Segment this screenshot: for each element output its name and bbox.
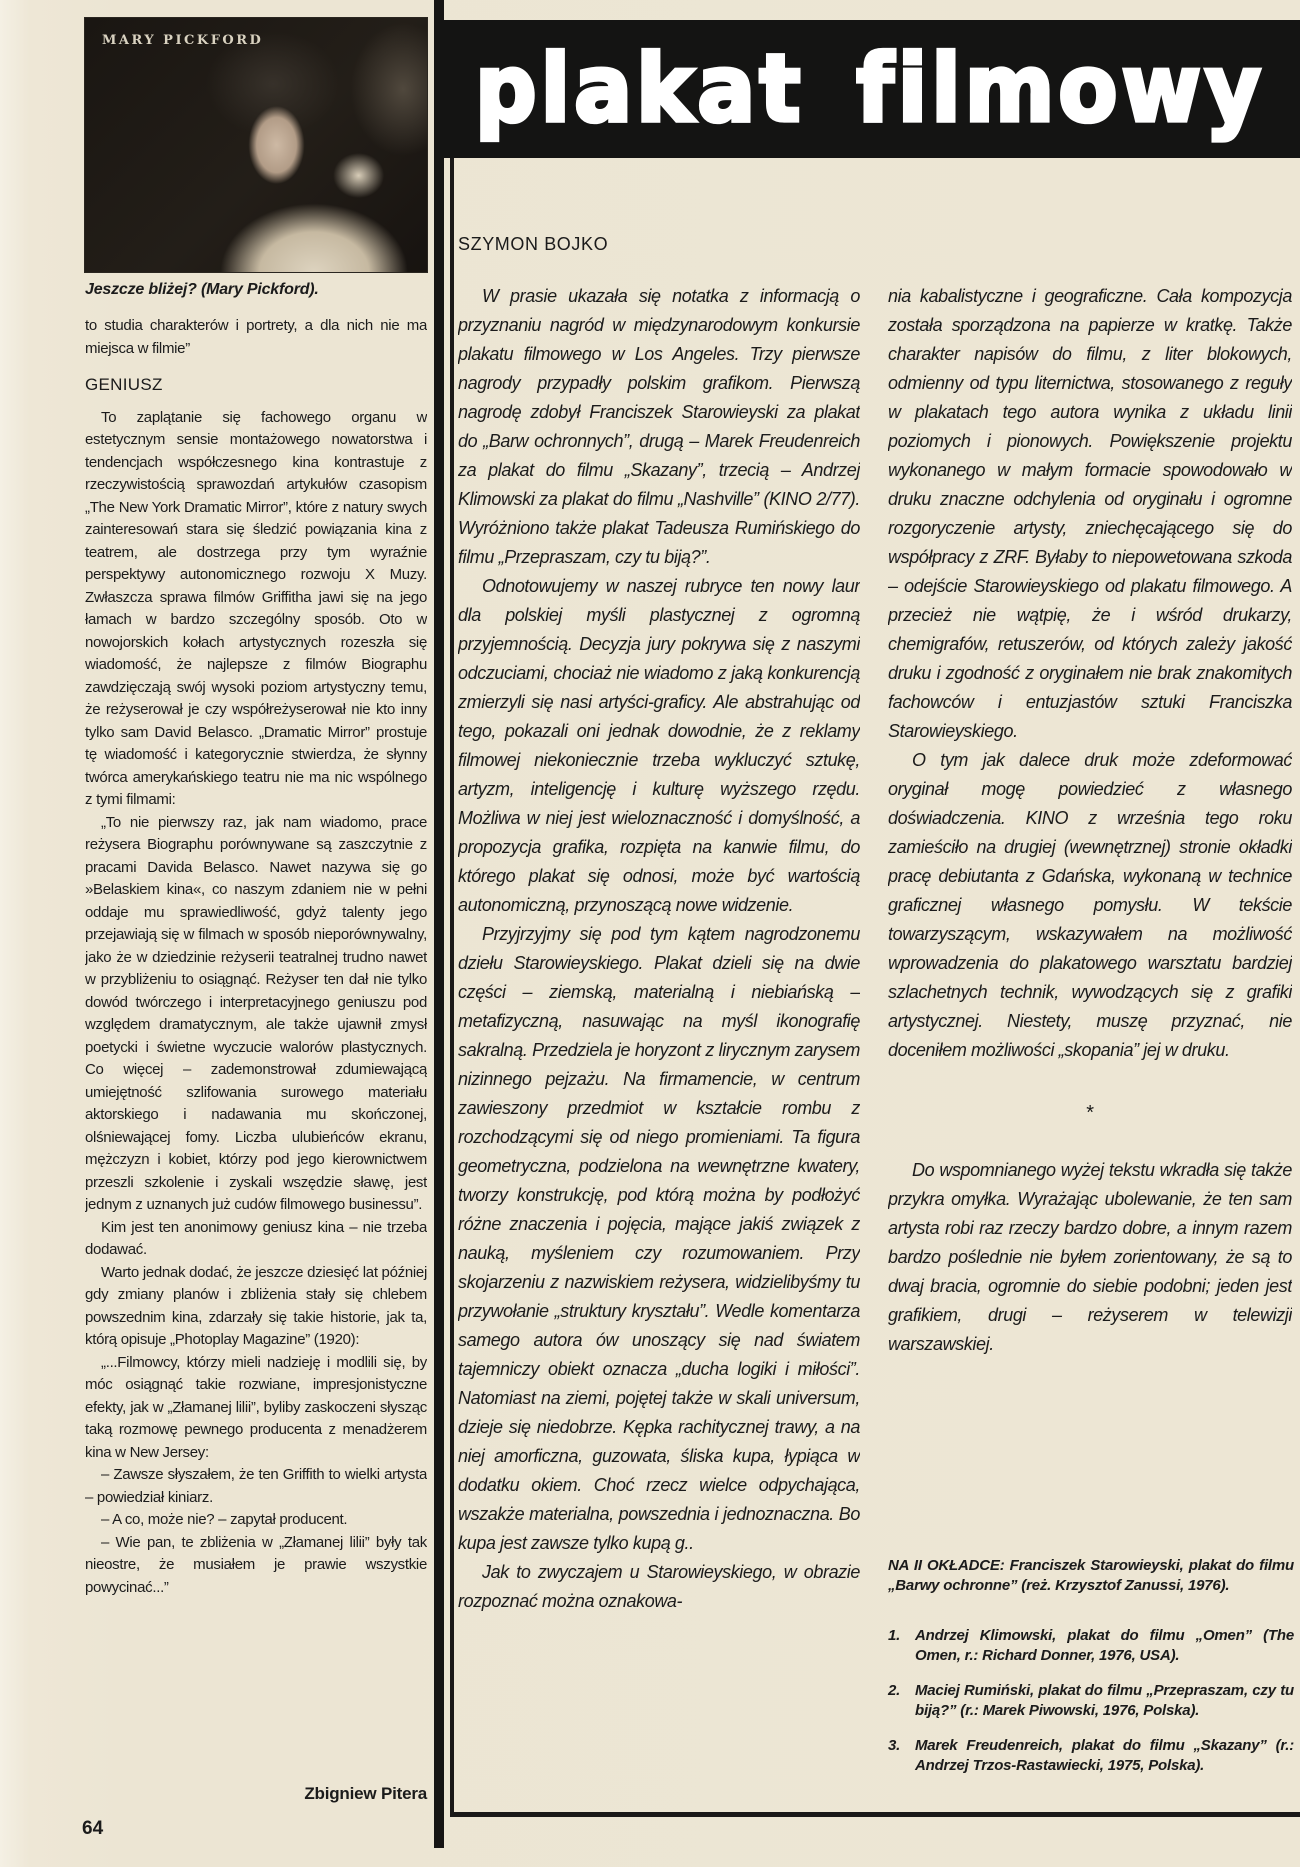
article-paragraph: – Wie pan, te zbliżenia w „Złamanej lili… xyxy=(85,1532,427,1600)
magazine-page: MARY PICKFORD Jeszcze bliżej? (Mary Pick… xyxy=(0,0,1300,1867)
poster-notes: NA II OKŁADCE: Franciszek Starowieyski, … xyxy=(888,1556,1294,1791)
left-article: to studia charakterów i portrety, a dla … xyxy=(85,315,427,1777)
feature-paragraph: nia kabalistyczne i geograficzne. Cała k… xyxy=(888,282,1292,746)
poster-note-item: 1. Andrzej Klimowski, plakat do filmu „O… xyxy=(888,1626,1294,1666)
note-number: 3. xyxy=(888,1736,915,1776)
page-number: 64 xyxy=(82,1818,103,1840)
note-number: 1. xyxy=(888,1626,915,1666)
feature-paragraph: O tym jak dalece druk może zdeformować o… xyxy=(888,746,1292,1065)
feature-column-2: nia kabalistyczne i geograficzne. Cała k… xyxy=(888,282,1292,1547)
feature-banner-title: plakat filmowy xyxy=(475,35,1265,143)
article-paragraph: Kim jest ten anonimowy geniusz kina – ni… xyxy=(85,1217,427,1262)
section-heading: GENIUSZ xyxy=(85,374,427,397)
photo-caption: Jeszcze bliżej? (Mary Pickford). xyxy=(85,281,427,299)
column-divider-rule xyxy=(434,0,444,1848)
article-paragraph: – Zawsze słyszałem, że ten Griffith to w… xyxy=(85,1464,427,1509)
photo-overlay-label: MARY PICKFORD xyxy=(102,33,263,48)
note-text: Marek Freudenreich, plakat do filmu „Ska… xyxy=(915,1736,1294,1776)
feature-paragraph: Odnotowujemy w naszej rubryce ten nowy l… xyxy=(458,572,860,920)
feature-author: SZYMON BOJKO xyxy=(458,234,608,255)
article-paragraph: „...Filmowcy, którzy mieli nadzieję i mo… xyxy=(85,1352,427,1465)
feature-paragraph: W prasie ukazała się notatka z informacj… xyxy=(458,282,860,572)
note-number: 2. xyxy=(888,1681,915,1721)
poster-note-item: 3. Marek Freudenreich, plakat do filmu „… xyxy=(888,1736,1294,1776)
article-byline: Zbigniew Pitera xyxy=(85,1784,427,1804)
feature-column-1: W prasie ukazała się notatka z informacj… xyxy=(458,282,860,1772)
article-paragraph: – A co, może nie? – zapytał producent. xyxy=(85,1509,427,1532)
note-text: Maciej Rumiński, plakat do filmu „Przepr… xyxy=(915,1681,1294,1721)
feature-paragraph: Jak to zwyczajem u Starowieyskiego, w ob… xyxy=(458,1558,860,1616)
photo-mary-pickford: MARY PICKFORD xyxy=(85,18,427,272)
article-paragraph: To zaplątanie się fachowego organu w est… xyxy=(85,407,427,812)
article-intro-paragraph: to studia charakterów i portrety, a dla … xyxy=(85,315,427,360)
article-paragraph: „To nie pierwszy raz, jak nam wiadomo, p… xyxy=(85,812,427,1217)
asterisk-separator: * xyxy=(888,1099,1292,1128)
poster-note-item: 2. Maciej Rumiński, plakat do filmu „Prz… xyxy=(888,1681,1294,1721)
cover-note: NA II OKŁADCE: Franciszek Starowieyski, … xyxy=(888,1556,1294,1596)
note-text: Andrzej Klimowski, plakat do filmu „Omen… xyxy=(915,1626,1294,1666)
feature-closing-paragraph: Do wspomnianego wyżej tekstu wkradła się… xyxy=(888,1156,1292,1359)
feature-banner: plakat filmowy xyxy=(440,20,1300,158)
feature-paragraph: Przyjrzyjmy się pod tym kątem nagrodzone… xyxy=(458,920,860,1558)
article-paragraph: Warto jednak dodać, że jeszcze dziesięć … xyxy=(85,1262,427,1352)
